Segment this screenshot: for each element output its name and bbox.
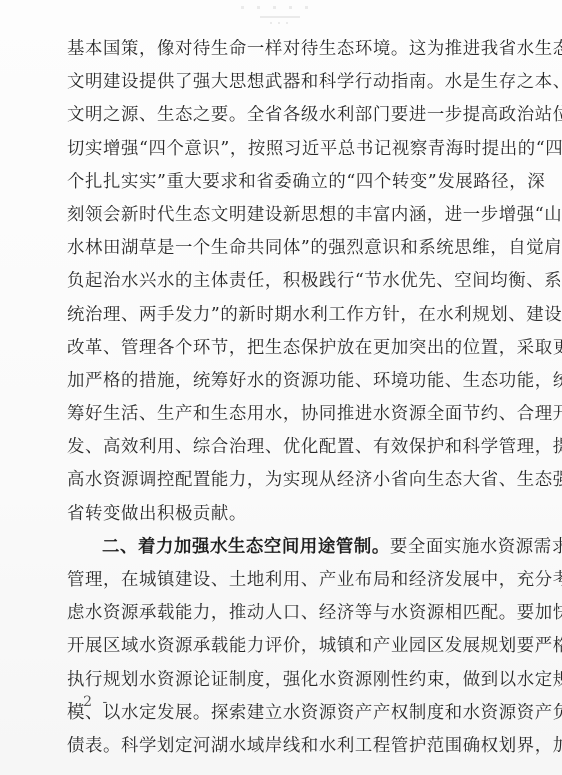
text-line: 文明之源、生态之要。全省各级水利部门要进一步提高政治站位， (67, 99, 487, 132)
section-heading-line: 二、着力加强水生态空间用途管制。要全面实施水资源需求 (67, 531, 487, 564)
text-line: 切实增强“四个意识”，按照习近平总书记视察青海时提出的“四 (67, 133, 487, 166)
text-line: 水林田湖草是一个生命共同体”的强烈意识和系统思维，自觉肩 (67, 232, 487, 265)
text-line: 加严格的措施，统筹好水的资源功能、环境功能、生态功能，统 (67, 365, 487, 398)
heading-line-text: 要全面实施水资源需求 (390, 537, 562, 557)
text-line: 虑水资源承载能力，推动人口、经济等与水资源相匹配。要加快 (67, 597, 487, 630)
text-line: 省转变做出积极贡献。 (67, 498, 487, 531)
section-heading: 二、着力加强水生态空间用途管制。 (102, 537, 390, 557)
document-body: 基本国策，像对待生命一样对待生态环境。这为推进我省水生态 文明建设提供了强大思想… (67, 33, 487, 763)
text-line: 模、以水定发展。探索建立水资源资产产权制度和水资源资产负 (67, 697, 487, 730)
text-line: 基本国策，像对待生命一样对待生态环境。这为推进我省水生态 (67, 33, 487, 66)
page-number: - 2 - (68, 694, 110, 710)
text-line: 负起治水兴水的主体责任，积极践行“节水优先、空间均衡、系 (67, 265, 487, 298)
text-line: 开展区域水资源承载能力评价，城镇和产业园区发展规划要严格 (67, 630, 487, 663)
text-line: 管理，在城镇建设、土地利用、产业布局和经济发展中，充分考 (67, 564, 487, 597)
text-line: 执行规划水资源论证制度，强化水资源刚性约束，做到以水定规 (67, 664, 487, 697)
section-2: 二、着力加强水生态空间用途管制。要全面实施水资源需求 管理，在城镇建设、土地利用… (67, 531, 487, 763)
text-line: 改革、管理各个环节，把生态保护放在更加突出的位置，采取更 (67, 332, 487, 365)
paragraph-1: 基本国策，像对待生命一样对待生态环境。这为推进我省水生态 文明建设提供了强大思想… (67, 33, 487, 531)
text-line: 刻领会新时代生态文明建设新思想的丰富内涵，进一步增强“山 (67, 199, 487, 232)
text-line: 筹好生活、生产和生态用水，协同推进水资源全面节约、合理开 (67, 398, 487, 431)
text-line: 文明建设提供了强大思想武器和科学行动指南。水是生存之本、 (67, 66, 487, 99)
text-line: 债表。科学划定河湖水域岸线和水利工程管护范围确权划界，加 (67, 730, 487, 763)
document-page: 基本国策，像对待生命一样对待生态环境。这为推进我省水生态 文明建设提供了强大思想… (0, 0, 562, 775)
text-line: 统治理、两手发力”的新时期水利工作方针，在水利规划、建设、 (67, 299, 487, 332)
text-line: 个扎扎实实”重大要求和省委确立的“四个转变”发展路径，深 (67, 166, 487, 199)
scan-header-mark (235, 4, 325, 34)
text-line: 高水资源调控配置能力，为实现从经济小省向生态大省、生态强 (67, 464, 487, 497)
text-line: 发、高效利用、综合治理、优化配置、有效保护和科学管理，提 (67, 431, 487, 464)
